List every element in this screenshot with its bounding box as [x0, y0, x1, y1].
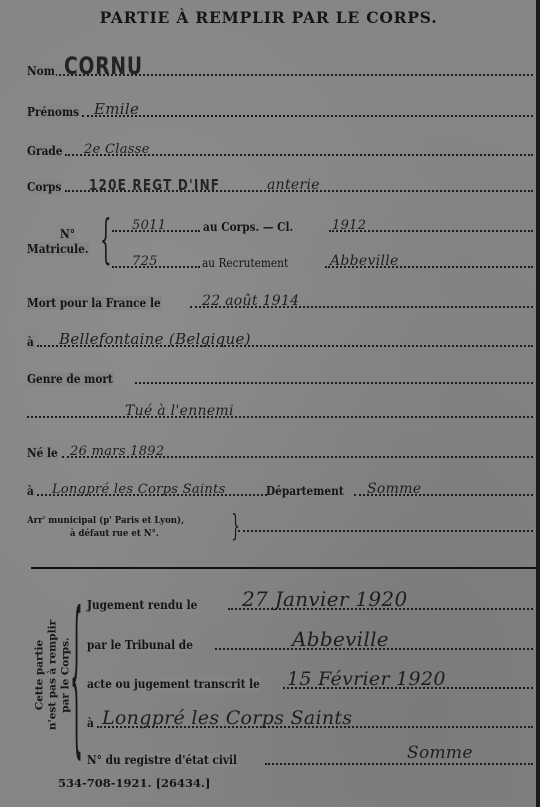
mort-label: Mort pour la France le: [27, 296, 162, 310]
tribunal-value[interactable]: Abbeville: [292, 627, 389, 651]
grade-label: Grade: [27, 144, 63, 158]
recrutement-place-value[interactable]: Abbeville: [330, 253, 399, 269]
registre-dotted-line: [265, 763, 533, 765]
corps-stamp-value[interactable]: 120E REGT D'INF: [89, 176, 220, 194]
jugement-value[interactable]: 27 Janvier 1920: [242, 587, 407, 611]
prenoms-value[interactable]: Emile: [94, 100, 139, 118]
field-corps: Corps 120E REGT D'INF anterie: [27, 172, 533, 196]
arrondissement-label-line1: Arr' municipal (p' Paris et Lyon),: [27, 514, 184, 527]
ne-le-value[interactable]: 26 mars 1892: [70, 444, 164, 459]
arrondissement-label-line2: à défaut rue et N°.: [70, 527, 159, 540]
nom-value[interactable]: CORNU: [64, 52, 143, 80]
field-jugement: Jugement rendu le 27 Janvier 1920: [87, 590, 533, 614]
corps-handwritten-value[interactable]: anterie: [267, 177, 320, 193]
prenoms-label: Prénoms: [27, 105, 80, 119]
form-title: PARTIE À REMPLIR PAR LE CORPS.: [0, 8, 537, 27]
arrondissement-dotted-line: [238, 530, 533, 532]
matricule-recrutement-label: au Recrutement: [202, 256, 289, 270]
section-divider: [31, 567, 536, 569]
field-matricule-recrutement: 725 au Recrutement Abbeville: [112, 248, 533, 272]
lieu-transcrit-label: à: [87, 716, 95, 730]
field-genre-de-mort-value: Tué à l'ennemi: [27, 398, 533, 422]
prenoms-dotted-line: [82, 115, 533, 117]
registre-label: N° du registre d'état civil: [87, 753, 238, 767]
transcrit-label: acte ou jugement transcrit le: [87, 677, 261, 691]
field-registre: N° du registre d'état civil Somme: [87, 745, 533, 769]
classe-value[interactable]: 1912: [332, 218, 366, 233]
nom-label: Nom: [27, 64, 56, 78]
court-section-brace: {: [70, 590, 83, 760]
field-lieu-transcrit: à Longpré les Corps Saints: [87, 708, 533, 732]
field-genre-de-mort: Genre de mort: [27, 364, 533, 388]
arrondissement-brace: {: [231, 512, 240, 542]
matricule-recrutement-number[interactable]: 725: [132, 254, 158, 269]
field-ne-le: Né le 26 mars 1892: [27, 438, 533, 462]
transcrit-value[interactable]: 15 Février 1920: [287, 668, 446, 690]
matricule-corps-number[interactable]: 5011: [132, 218, 166, 233]
lieu-naissance-label: à: [27, 484, 35, 498]
matricule-label-bottom: Matricule.: [27, 242, 89, 256]
field-lieu-naissance: à Longpré les Corps Saints Département S…: [27, 476, 533, 500]
genre-de-mort-label: Genre de mort: [27, 372, 114, 386]
field-matricule-corps: 5011 au Corps. — Cl. 1912: [112, 212, 533, 236]
field-grade: Grade 2e Classe: [27, 136, 533, 160]
genre-de-mort-dotted-line: [135, 382, 533, 384]
footer-print-code: 534-708-1921. [26434.]: [58, 776, 210, 790]
side-note-line1: Cette partie: [34, 620, 47, 730]
field-lieu-mort: à Bellefontaine (Belgique): [27, 327, 533, 351]
matricule-corps-label: au Corps. — Cl.: [203, 220, 294, 234]
mort-date-value[interactable]: 22 août 1914: [202, 293, 299, 309]
field-transcrit: acte ou jugement transcrit le 15 Février…: [87, 669, 533, 693]
lieu-mort-value[interactable]: Bellefontaine (Belgique): [59, 330, 251, 348]
tribunal-label: par le Tribunal de: [87, 638, 194, 652]
field-tribunal: par le Tribunal de Abbeville: [87, 630, 533, 654]
matricule-brace: {: [100, 214, 112, 266]
death-record-card: PARTIE À REMPLIR PAR LE CORPS. Nom CORNU…: [0, 0, 537, 807]
lieu-mort-label: à: [27, 335, 35, 349]
field-nom: Nom CORNU: [27, 56, 533, 80]
card-edge: [536, 0, 540, 807]
field-mort-pour-la-france: Mort pour la France le 22 août 1914: [27, 288, 533, 312]
lieu-transcrit-value[interactable]: Longpré les Corps Saints: [102, 707, 352, 729]
grade-value[interactable]: 2e Classe: [84, 142, 150, 157]
genre-de-mort-value-dotted-line: [27, 416, 533, 418]
ne-le-label: Né le: [27, 446, 59, 460]
departement-value[interactable]: Somme: [367, 481, 421, 497]
registre-value[interactable]: Somme: [407, 743, 473, 763]
corps-label: Corps: [27, 180, 62, 194]
field-prenoms: Prénoms Emile: [27, 97, 533, 121]
jugement-label: Jugement rendu le: [87, 598, 198, 612]
side-note-text: Cette partie n'est pas à remplir par le …: [34, 620, 73, 730]
lieu-naissance-value[interactable]: Longpré les Corps Saints: [52, 482, 226, 497]
side-note-line2: n'est pas à remplir: [47, 620, 60, 730]
genre-de-mort-value[interactable]: Tué à l'ennemi: [125, 403, 234, 419]
matricule-label-top: N°: [60, 227, 76, 241]
departement-label: Département: [266, 484, 345, 498]
